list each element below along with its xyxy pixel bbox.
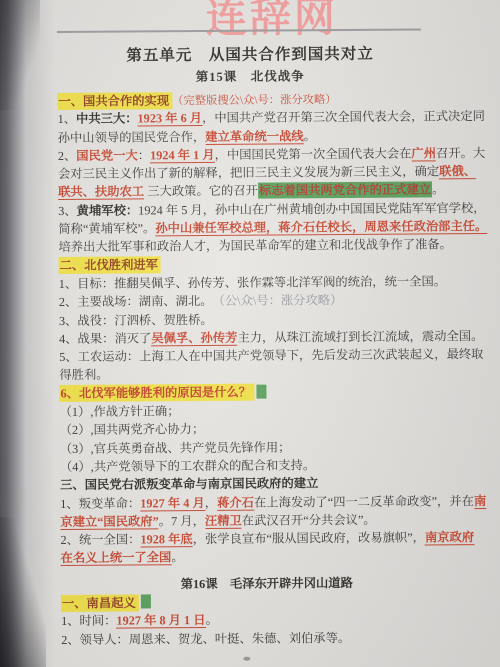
text-segment: 1、目标：推翻吴佩孚、孙传芳、张作霖等北洋军阀的统治，统一全国。 [59,274,446,291]
text-segment: 吴佩孚、孙传芳 [151,331,237,347]
text-segment: 。 [432,183,444,197]
text-segment: 6、北伐军能够胜利的原因是什么？ [59,384,254,402]
page-body: 一、国共合作的实现（完整版搜公\众\号：涨分攻略）1、中共三大：1923 年 6… [57,89,473,649]
lesson-title: 第15课 北伐战争 [30,65,470,86]
text-segment: ： [138,148,150,162]
text-segment: （完整版搜公\众\号：涨分攻略） [172,94,337,107]
text-segment: （2）,国共两党齐心协力； [60,422,205,437]
text-segment: 三大政策。它的召开 [144,184,258,199]
text-segment: （4）,共产党领导下的工农群众的配合和支持。 [60,458,315,474]
text-segment: 1、 [58,112,77,126]
text-segment: 3、战役：汀泗桥、贺胜桥。 [59,313,213,328]
text-segment: 黄埔军校： [77,203,139,217]
unit-title: 第五单元 从国共合作到国共对立 [30,41,470,66]
document-page: 连辞网 第五单元 从国共合作到国共对立 第15课 北伐战争 一、国共合作的实现（… [0,0,500,667]
site-watermark: 连辞网 [206,0,338,44]
text-segment: 国民党一大 [76,148,138,162]
text-line: 5、工农运动：上海工人在中国共产党领导下，先后发动三次武装起义，最终取 [59,345,471,366]
text-line: 2、统一全国：1928 年底，张学良宣布“服从国民政府，改易旗帜”，南京政府 [60,528,472,549]
text-line: 2、领导人：周恩来、贺龙、叶挺、朱德、刘伯承等。 [61,628,473,649]
text-segment: 在名义上统一了全国 [61,551,172,567]
text-segment: ，中国国民党第一次全国代表大会在 [215,146,412,161]
text-segment: 5、工农运动：上海工人在中国共产党领导下，先后发动三次武装起义，最终取 [59,347,483,364]
text-segment: （1）,作战方针正确； [60,404,180,419]
text-segment: 1928 年底 [140,532,192,547]
page-number-smudge [243,657,250,661]
text-segment: 1924 年 1 月 [150,148,215,163]
text-segment: 。 [171,551,183,565]
text-segment: 在上海发动了“四一二反革命政变”，并在 [254,494,474,510]
text-segment: 会对三民主义作出了新的解释，把旧三民主义发展为新三民主义，确定 [58,165,439,182]
text-segment: 简称“黄埔军校”。 [58,221,155,236]
text-segment: 一、南昌起义 [61,594,139,612]
text-segment: （公\众\号：涨分攻略） [206,293,342,308]
text-segment: ，中国共产党召开第三次全国代表大会，正式决定同 [202,109,485,125]
text-segment: 京建立“国民政府” [60,514,158,530]
text-line: 1、目标：推翻吴佩孚、孙传芳、张作霖等北洋军阀的统治，统一全国。 [59,272,471,293]
text-line: 培养出大批军事和政治人才，为国民革命军的建立和北伐战争作了准备。 [58,236,470,257]
text-segment: 2、主要战场：湖南、湖北。 [59,294,207,309]
text-segment: 孙中山领导的国民党合作， [58,130,206,145]
text-segment: 。7 月， [159,514,205,528]
text-segment: 汪精卫 [205,514,242,529]
text-line: 1、中共三大：1923 年 6 月，中国共产党召开第三次全国代表大会，正式决定同 [57,107,469,128]
text-segment: 南京政府 [425,530,474,545]
text-segment: 在武汉召开“分共会议”。 [242,513,376,528]
text-segment: 第16课 毛泽东开辟井冈山道路 [181,576,353,591]
text-segment: 蒋介石 [217,495,254,510]
text-segment: 三、国民党右派叛变革命与南京国民政府的建立 [60,476,318,492]
text-segment: 二、北伐胜利进军 [59,256,162,274]
text-segment: 一、国共合作的实现 [57,92,172,110]
text-segment: 南 [474,494,486,509]
text-segment: 建立革命统一战线 [205,129,303,145]
text-segment: 4、战果：消灭了 [59,331,151,346]
text-segment: 召开。大 [436,146,485,160]
text-segment: 主力，从珠江流域打到长江流域，震动全国。 [237,329,483,345]
green-marker-block [256,384,266,398]
text-segment: 2、统一全国： [60,533,140,548]
text-segment: 得胜利。 [59,368,108,382]
text-segment: （3）,官兵英勇奋战、共产党员先锋作用； [60,440,291,456]
text-line: 1、叛变革命：1927 年 4 月，蒋介石在上海发动了“四一二反革命政变”，并在… [60,492,472,513]
text-segment: ， [205,495,217,509]
text-segment: 3、 [58,204,77,218]
text-segment: 1、时间： [61,614,116,628]
text-segment: 1927 年 4 月 [140,496,205,511]
text-segment: ，张学良宣布“服从国民政府，改易旗帜”， [193,531,425,547]
text-segment: 广州 [411,146,436,161]
green-marker-block [141,594,151,608]
text-segment: 2、领导人：周恩来、贺龙、叶挺、朱德、刘伯承等。 [61,631,350,647]
text-segment: 1、叛变革命： [60,496,140,511]
text-segment: 联俄、 [439,164,476,179]
text-segment: 1923 年 6 月 [137,111,202,126]
text-segment: 标志着国共两党合作的正式建立 [258,182,432,199]
text-segment: 联共、扶助农工 [58,185,144,201]
text-segment: 。 [304,129,316,143]
text-segment: 孙中山兼任军校总理，蒋介石任校长，周恩来任政治部主任。 [155,219,487,236]
text-segment: 培养出大批军事和政治人才，为国民革命军的建立和北伐战争作了准备。 [58,238,452,255]
text-segment: 1924 年 5 月，孙中山在广州黄埔创办中国国民党陆军军官学校， [138,201,485,217]
text-segment: 2、 [58,149,77,163]
text-segment: 中共三大： [76,112,138,126]
text-segment: 1927 年 8 月 1 日 [116,613,205,629]
text-line: 在名义上统一了全国。 [61,547,473,568]
text-segment: 。 [206,613,218,627]
